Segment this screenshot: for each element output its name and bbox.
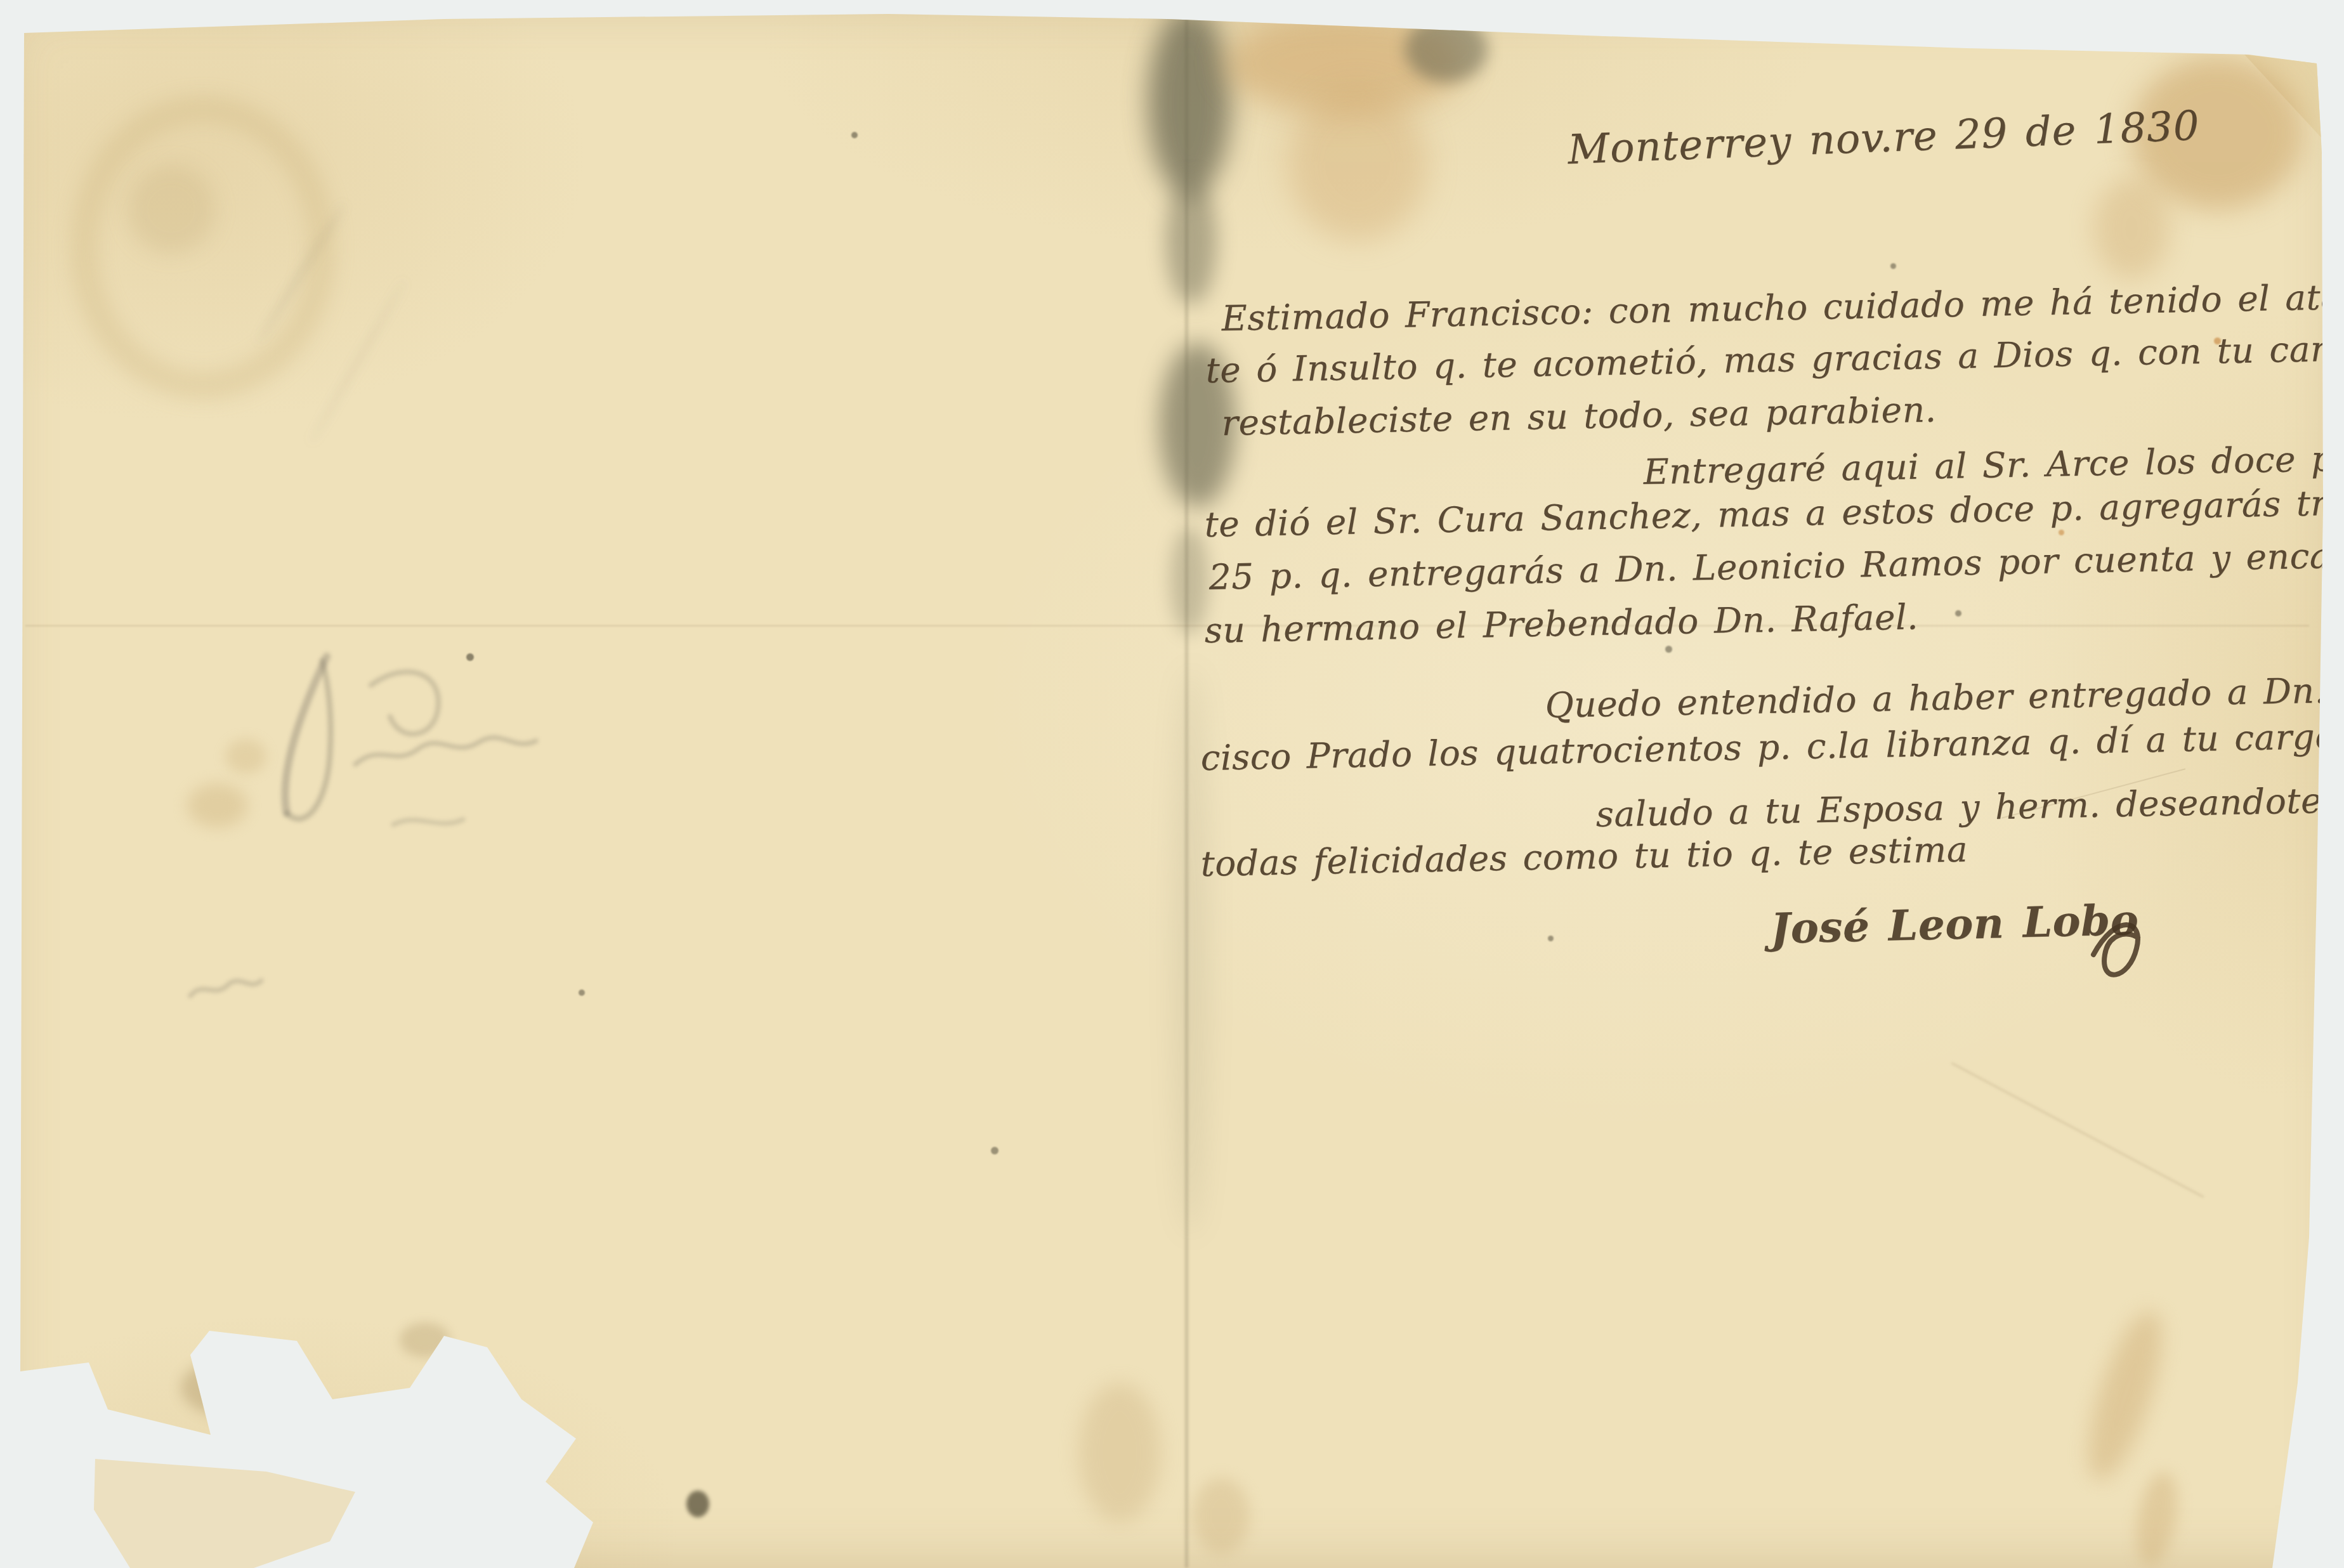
stain-blob [251, 1430, 308, 1468]
speck-orange [416, 1516, 422, 1522]
scanned-letter-canvas: Monterrey nov.re 29 de 1830 Estimado Fra… [0, 0, 2344, 1568]
stain-blob [317, 1405, 400, 1456]
signature-rubric [0, 0, 2344, 1568]
letter-paper-sheet: Monterrey nov.re 29 de 1830 Estimado Fra… [0, 0, 2344, 1568]
